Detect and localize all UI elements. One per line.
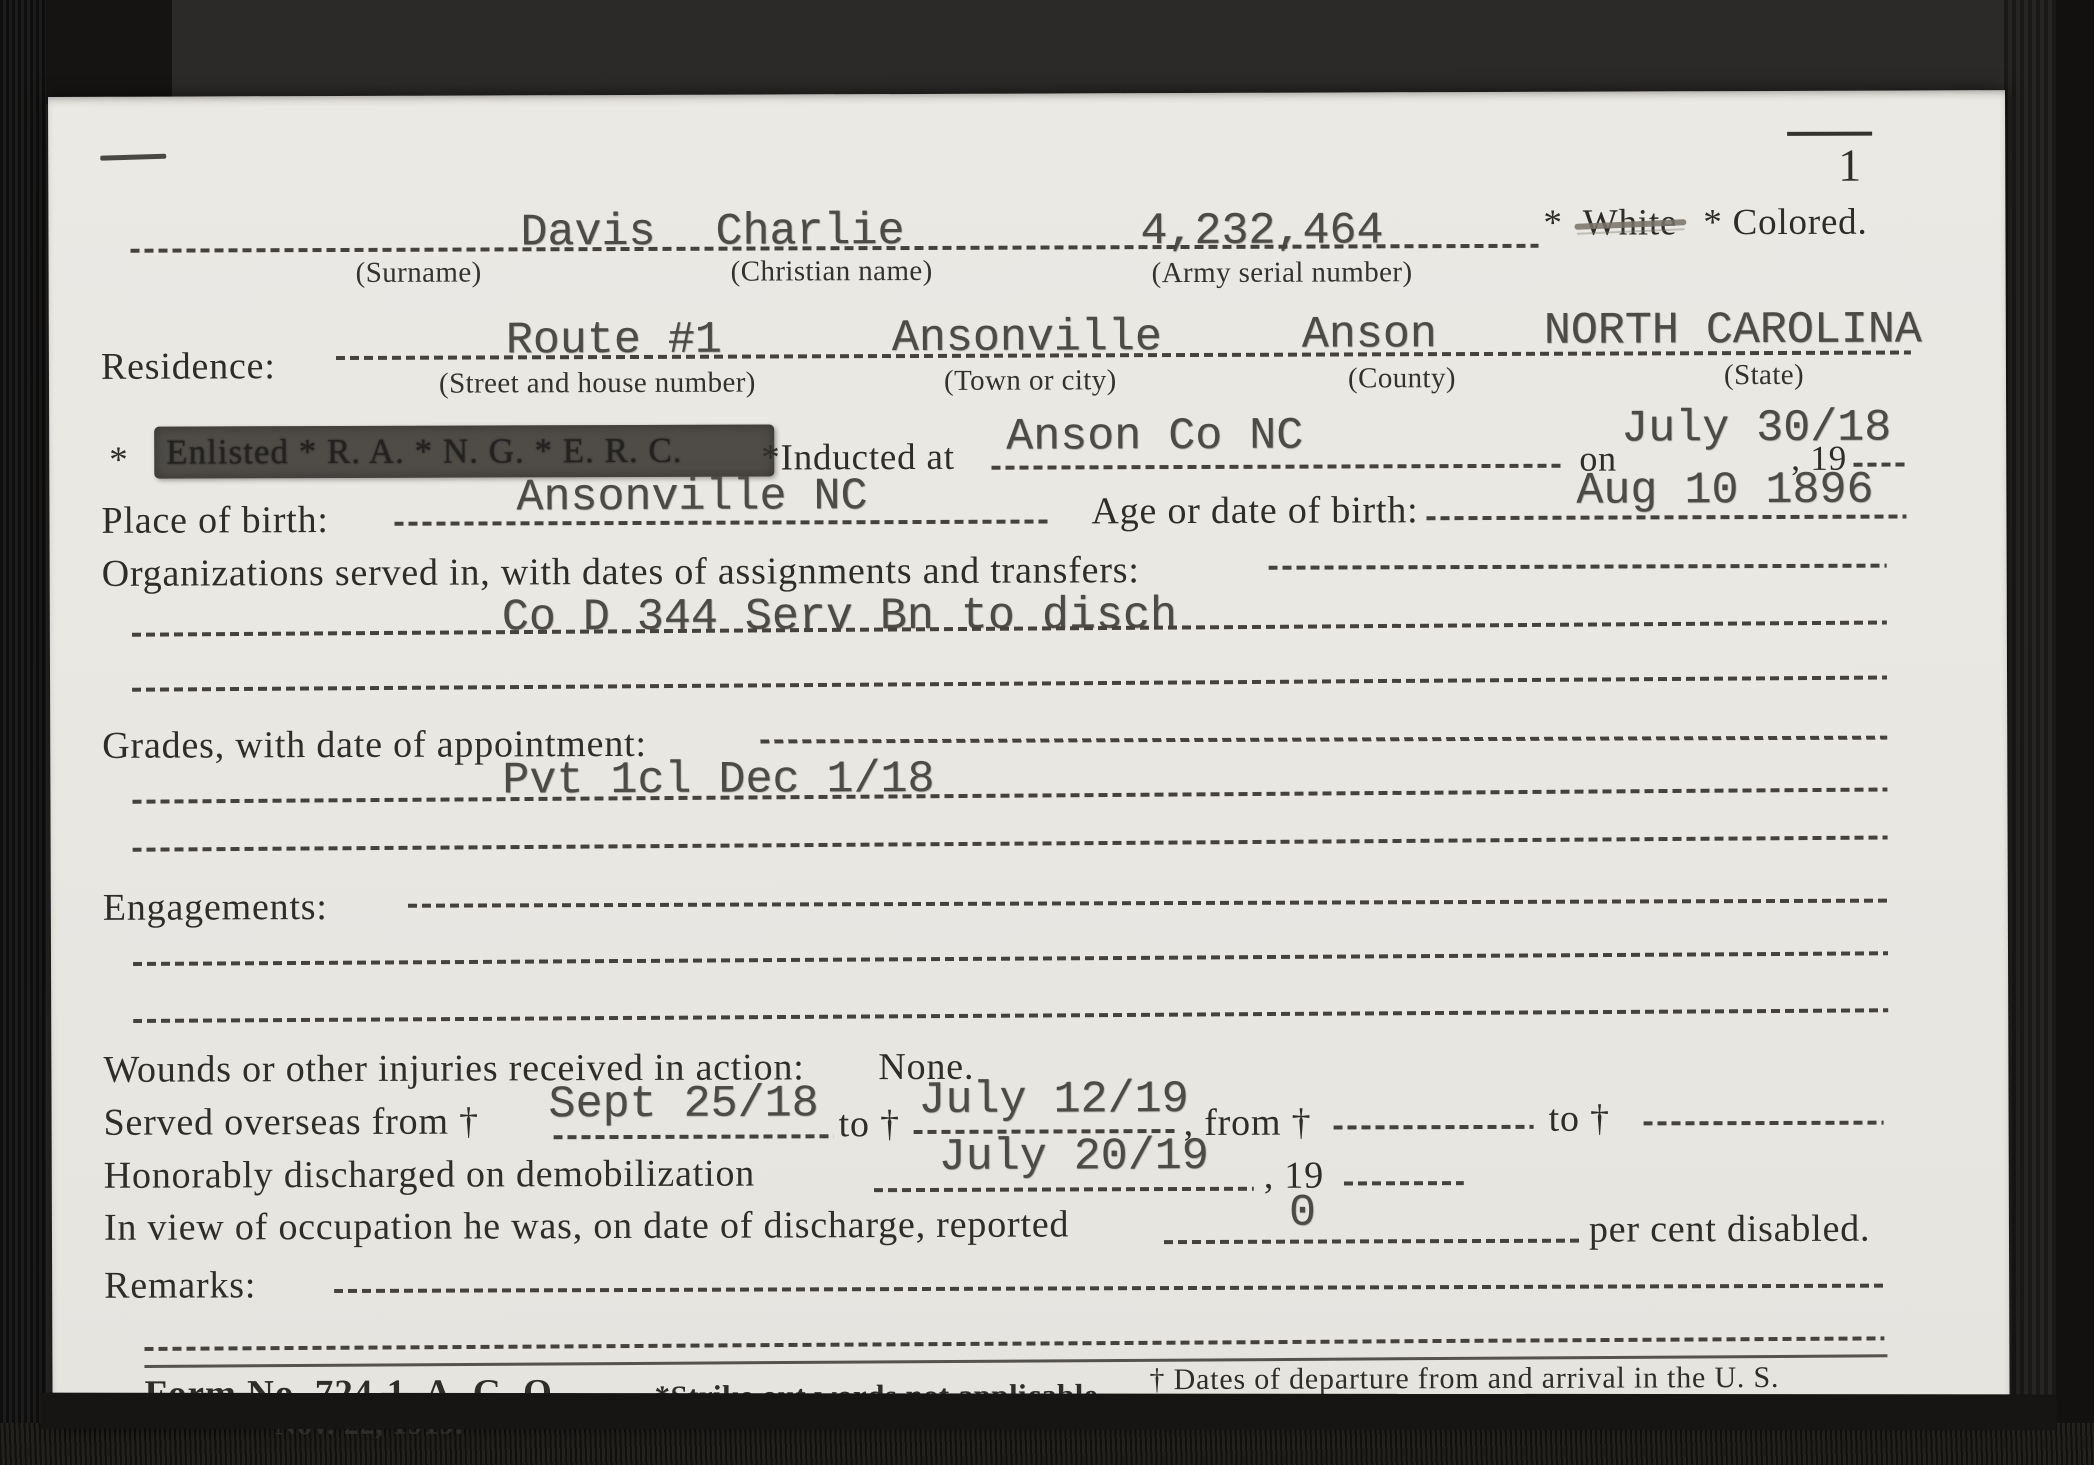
- place-of-birth-label: Place of birth:: [101, 498, 328, 543]
- discharge-date-value: July 20/19: [939, 1131, 1209, 1183]
- disability-value: 0: [1289, 1188, 1316, 1239]
- place-of-birth-value: Ansonville NC: [516, 471, 867, 523]
- surname-label: (Surname): [356, 256, 482, 289]
- town-label: (Town or city): [944, 364, 1117, 398]
- grades-rule-2: [132, 788, 1887, 804]
- service-record-card: 1 Davis Charlie 4,232,464 * White * Colo…: [48, 90, 2010, 1427]
- place-of-birth-rule: [394, 519, 1051, 525]
- engagements-rule-3: [133, 1008, 1888, 1023]
- disability-suffix: per cent disabled.: [1589, 1207, 1871, 1252]
- grades-rule-3: [133, 836, 1888, 852]
- christian-name-label: (Christian name): [731, 255, 933, 289]
- race-colored-label: * Colored.: [1703, 202, 1867, 244]
- footer-dotted-rule: [144, 1336, 1884, 1351]
- disability-label: In view of occupation he was, on date of…: [104, 1202, 1069, 1249]
- residence-label: Residence:: [101, 344, 276, 389]
- enlisted-redaction-bar: Enlisted * R. A. * N. G. * E. R. C.: [154, 424, 774, 478]
- remarks-label: Remarks:: [104, 1263, 256, 1308]
- engagements-rule-1: [408, 899, 1888, 908]
- race-asterisk: *: [1543, 203, 1562, 244]
- engagements-label: Engagements:: [103, 885, 328, 930]
- inducted-underline-rule: [991, 464, 1561, 470]
- engagements-rule-2: [133, 951, 1888, 966]
- overseas-to2-label: to †: [1548, 1097, 1609, 1141]
- street-label: (Street and house number): [439, 367, 756, 401]
- organizations-label: Organizations served in, with dates of a…: [102, 548, 1140, 596]
- page-number-rule: [1787, 132, 1872, 136]
- dagger-note: † Dates of departure from and arrival in…: [1149, 1361, 1779, 1397]
- overseas-from-date: Sept 25/18: [548, 1078, 818, 1130]
- birth-date-value: Aug 10 1896: [1576, 465, 1873, 517]
- paper-bottom-scan-cut: [41, 1393, 2057, 1431]
- discharge-label: Honorably discharged on demobilization: [104, 1152, 755, 1198]
- discharge-underline: [874, 1187, 1254, 1192]
- serial-number-label: (Army serial number): [1152, 256, 1413, 290]
- county-label: (County): [1348, 362, 1456, 395]
- discharge-year-rule: [1344, 1181, 1464, 1185]
- race-line: * White * Colored.: [1543, 201, 1867, 245]
- serial-number-value: 4,232,464: [1140, 205, 1383, 257]
- scanned-document: 1 Davis Charlie 4,232,464 * White * Colo…: [0, 0, 2094, 1465]
- remarks-rule: [334, 1284, 1884, 1293]
- scan-top-band: [0, 0, 2094, 98]
- pencil-mark: [100, 154, 166, 161]
- scan-far-right-edge: [2056, 0, 2094, 1465]
- enlisted-struck-text: Enlisted * R. A. * N. G. * E. R. C.: [166, 431, 682, 473]
- enlisted-asterisk: *: [109, 439, 128, 482]
- state-value: NORTH CAROLINA: [1544, 304, 1922, 356]
- disability-rule: [1164, 1239, 1579, 1244]
- overseas-to-label: to †: [839, 1102, 900, 1146]
- page-number: 1: [1838, 139, 1862, 192]
- organizations-value: Co D 344 Serv Bn to disch: [502, 590, 1177, 643]
- overseas-to2-rule: [1644, 1121, 1884, 1126]
- organizations-rule-3: [132, 676, 1887, 692]
- race-white-struck: White: [1583, 201, 1678, 244]
- overseas-from2-rule: [1334, 1125, 1534, 1130]
- overseas-to-date: July 12/19: [918, 1074, 1188, 1126]
- age-rule: [1426, 515, 1906, 521]
- state-label: (State): [1724, 359, 1804, 392]
- inducted-place-value: Anson Co NC: [1006, 411, 1303, 463]
- age-label: Age or date of birth:: [1091, 488, 1418, 533]
- grades-rule-1: [760, 736, 1887, 744]
- inducted-date-value: July 30/18: [1621, 403, 1891, 455]
- overseas-from-underline: [554, 1134, 834, 1139]
- overseas-label: Served overseas from †: [104, 1100, 479, 1145]
- scan-left-edge: [0, 0, 46, 1465]
- organizations-rule-1: [1269, 564, 1887, 570]
